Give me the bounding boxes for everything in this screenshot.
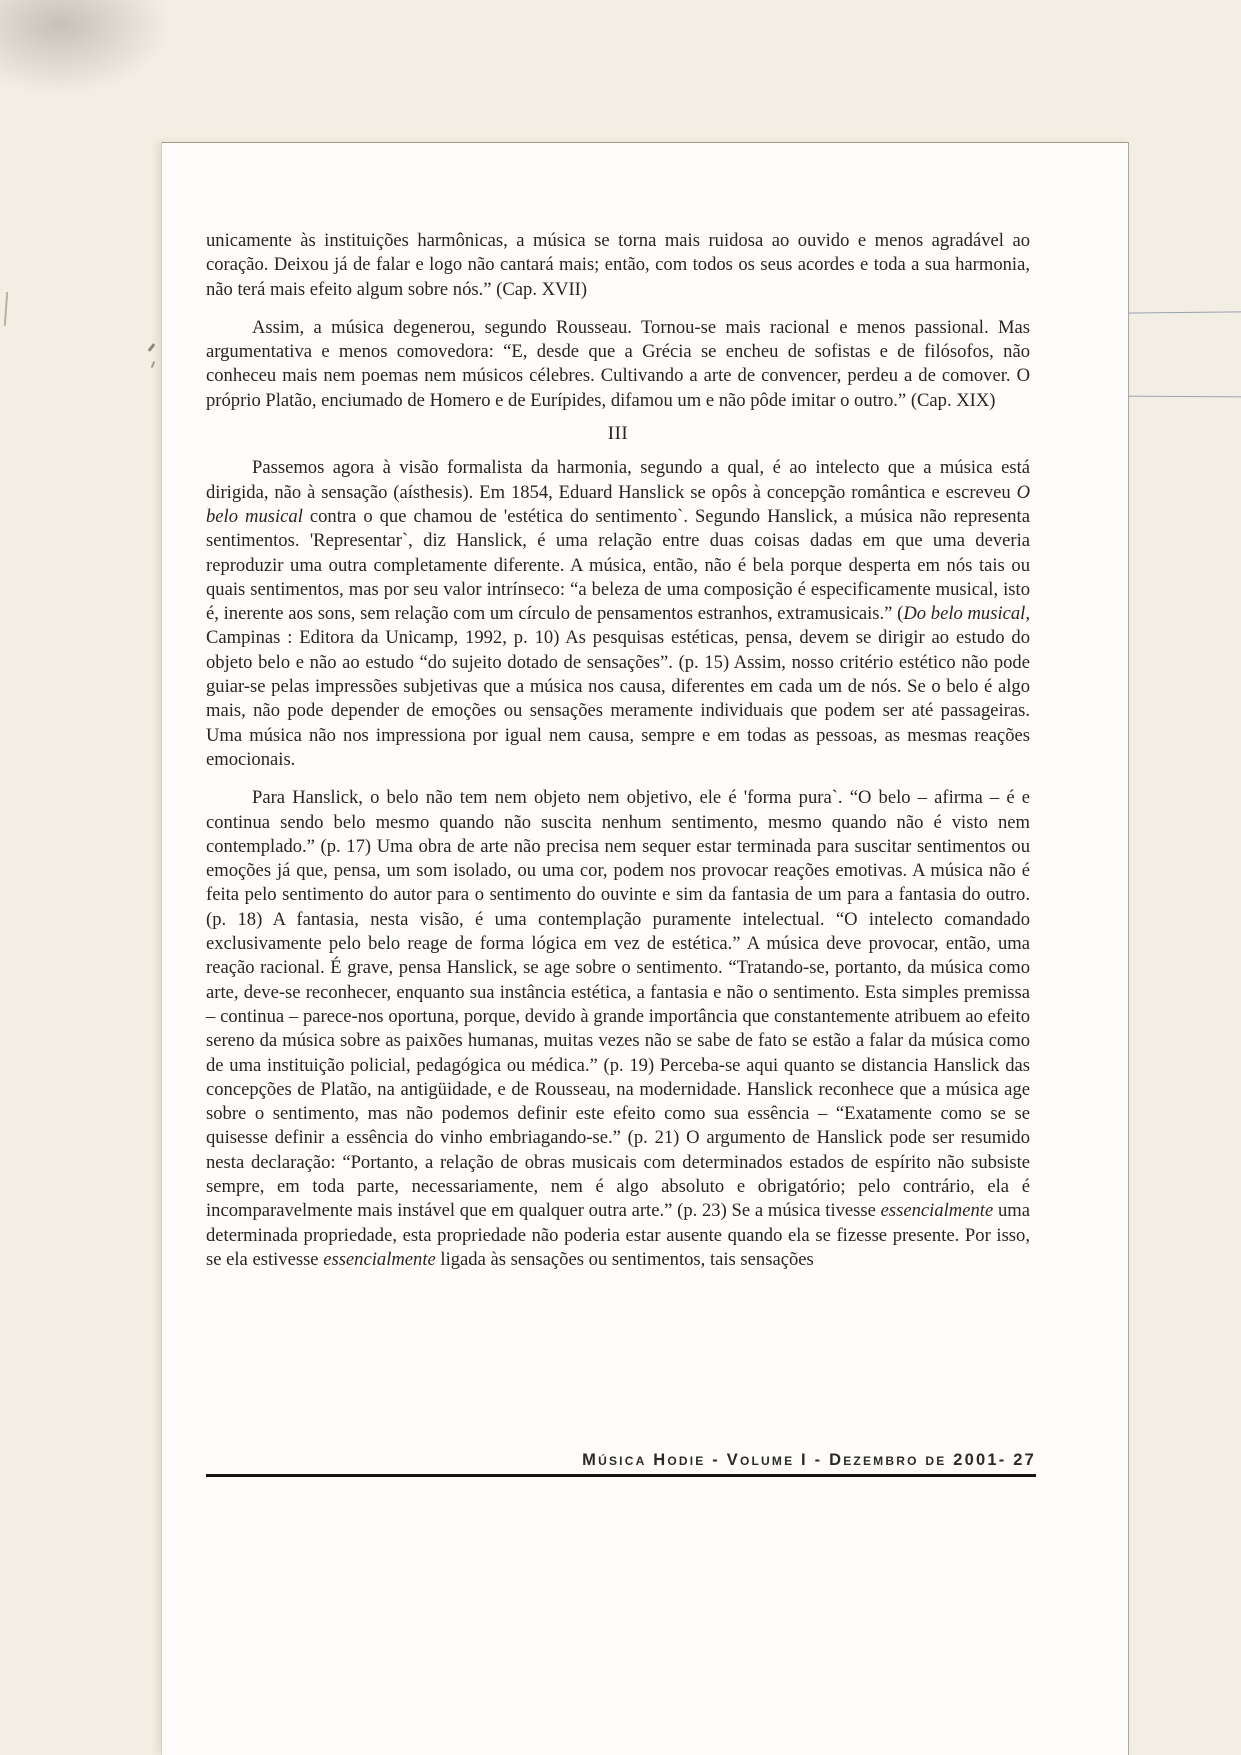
journal-footer-rule: Música Hodie - Volume I - Dezembro de 20… [206, 1451, 1036, 1477]
scan-mark-1 [148, 343, 156, 352]
paragraph-hanslick-formalism: Passemos agora à visão formalista da har… [206, 456, 1030, 772]
scan-mark-2 [151, 361, 156, 368]
article-body: unicamente às instituições harmônicas, a… [162, 143, 1130, 1272]
scan-smudge [0, 0, 170, 95]
paragraph-rousseau-quote-end: unicamente às instituições harmônicas, a… [206, 229, 1030, 302]
journal-footer-text: Música Hodie - Volume I - Dezembro de 20… [206, 1451, 1036, 1470]
paper-sheet: unicamente às instituições harmônicas, a… [161, 142, 1129, 1755]
scan-scratch [4, 292, 8, 326]
scan-line-right-1 [1128, 311, 1241, 313]
paragraph-hanslick-pure-form: Para Hanslick, o belo não tem nem objeto… [206, 786, 1030, 1272]
paragraph-rousseau-degeneration: Assim, a música degenerou, segundo Rouss… [206, 316, 1030, 413]
page-background: unicamente às instituições harmônicas, a… [0, 0, 1241, 1755]
section-heading: III [206, 422, 1030, 446]
scan-line-right-2 [1128, 396, 1241, 398]
